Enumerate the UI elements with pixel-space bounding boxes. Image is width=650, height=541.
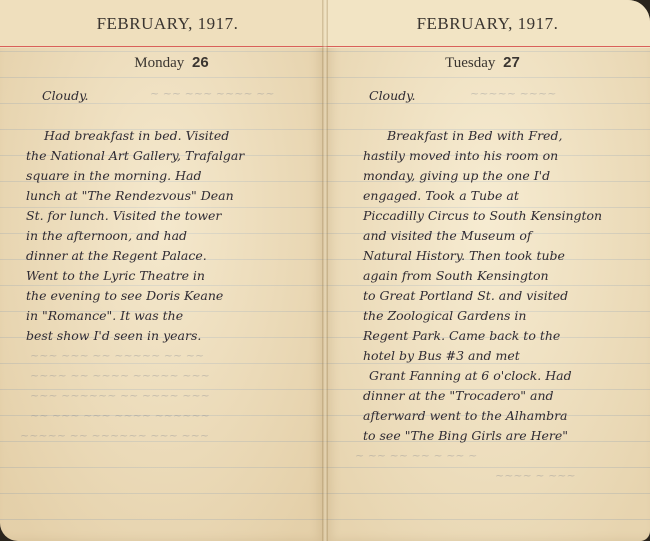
book-gutter	[322, 0, 328, 541]
entry-line: and visited the Museum of	[363, 226, 531, 247]
bleed-through-text: ~~~~~ ~~ ~~~~~~ ~~~ ~~~	[20, 426, 209, 447]
entry-line: St. for lunch. Visited the tower	[26, 206, 221, 227]
entry-line: Went to the Lyric Theatre in	[26, 266, 205, 287]
day-name: Tuesday	[445, 55, 495, 71]
entry-line: hotel by Bus #3 and met	[363, 346, 520, 367]
entry-line: Natural History. Then took tube	[363, 246, 565, 267]
day-heading: Monday 26	[18, 54, 325, 72]
entry-line: the National Art Gallery, Trafalgar	[26, 146, 244, 167]
entry-line: again from South Kensington	[363, 266, 549, 287]
entry-line: the Zoological Gardens in	[363, 306, 526, 327]
bleed-through-text: ~~ ~~~ ~~~ ~~~~ ~~~~~~	[30, 406, 210, 427]
entry-line: in the afternoon, and had	[26, 226, 187, 247]
entry-line: dinner at the Regent Palace.	[26, 246, 207, 267]
entry-line: lunch at "The Rendezvous" Dean	[26, 186, 234, 207]
entry-line: hastily moved into his room on	[363, 146, 558, 167]
entry-line: afterward went to the Alhambra	[363, 406, 568, 427]
month-header: FEBRUARY, 1917.	[325, 14, 650, 34]
bleed-through-text: ~~~ ~~~ ~~ ~~~~~ ~~ ~~	[30, 346, 204, 367]
red-rule-line	[0, 46, 325, 47]
diary-spread: FEBRUARY, 1917. Monday 26 ~ ~~ ~~~ ~~~~ …	[0, 0, 650, 541]
weather-note: Cloudy.	[42, 86, 89, 107]
entry-line: Had breakfast in bed. Visited	[44, 126, 229, 147]
entry-line: monday, giving up the one I'd	[363, 166, 550, 187]
bleed-through-text: ~~~~~ ~~~~	[470, 84, 556, 105]
day-heading: Tuesday 27	[325, 54, 650, 72]
entry-line: Grant Fanning at 6 o'clock. Had	[369, 366, 572, 387]
entry-line: Regent Park. Came back to the	[363, 326, 560, 347]
month-header: FEBRUARY, 1917.	[10, 14, 325, 34]
right-page: FEBRUARY, 1917. Tuesday 27 Cloudy. ~~~~~…	[325, 0, 650, 541]
bleed-through-text: ~~~~ ~ ~~~	[495, 466, 576, 487]
entry-line: to see "The Bing Girls are Here"	[363, 426, 568, 447]
entry-line: Breakfast in Bed with Fred,	[387, 126, 562, 147]
entry-line: Piccadilly Circus to South Kensington	[363, 206, 602, 227]
bleed-through-text: ~~~ ~~~~~~ ~~ ~~~~ ~~~	[30, 386, 210, 407]
entry-line: the evening to see Doris Keane	[26, 286, 223, 307]
entry-line: best show I'd seen in years.	[26, 326, 201, 347]
weather-note: Cloudy.	[369, 86, 416, 107]
entry-line: dinner at the "Trocadero" and	[363, 386, 554, 407]
day-name: Monday	[134, 55, 184, 71]
entry-line: square in the morning. Had	[26, 166, 202, 187]
entry-line: engaged. Took a Tube at	[363, 186, 519, 207]
bleed-through-text: ~ ~~ ~~~ ~~~~ ~~	[150, 84, 275, 105]
red-rule-line	[325, 46, 650, 47]
bleed-through-text: ~ ~~ ~~ ~~ ~ ~~ ~	[355, 446, 477, 467]
day-number: 27	[503, 54, 520, 71]
entry-line: to Great Portland St. and visited	[363, 286, 568, 307]
day-number: 26	[192, 54, 209, 71]
bleed-through-text: ~~~~ ~~ ~~~~ ~~~~~ ~~~	[30, 366, 210, 387]
entry-line: in "Romance". It was the	[26, 306, 183, 327]
left-page: FEBRUARY, 1917. Monday 26 ~ ~~ ~~~ ~~~~ …	[0, 0, 325, 541]
